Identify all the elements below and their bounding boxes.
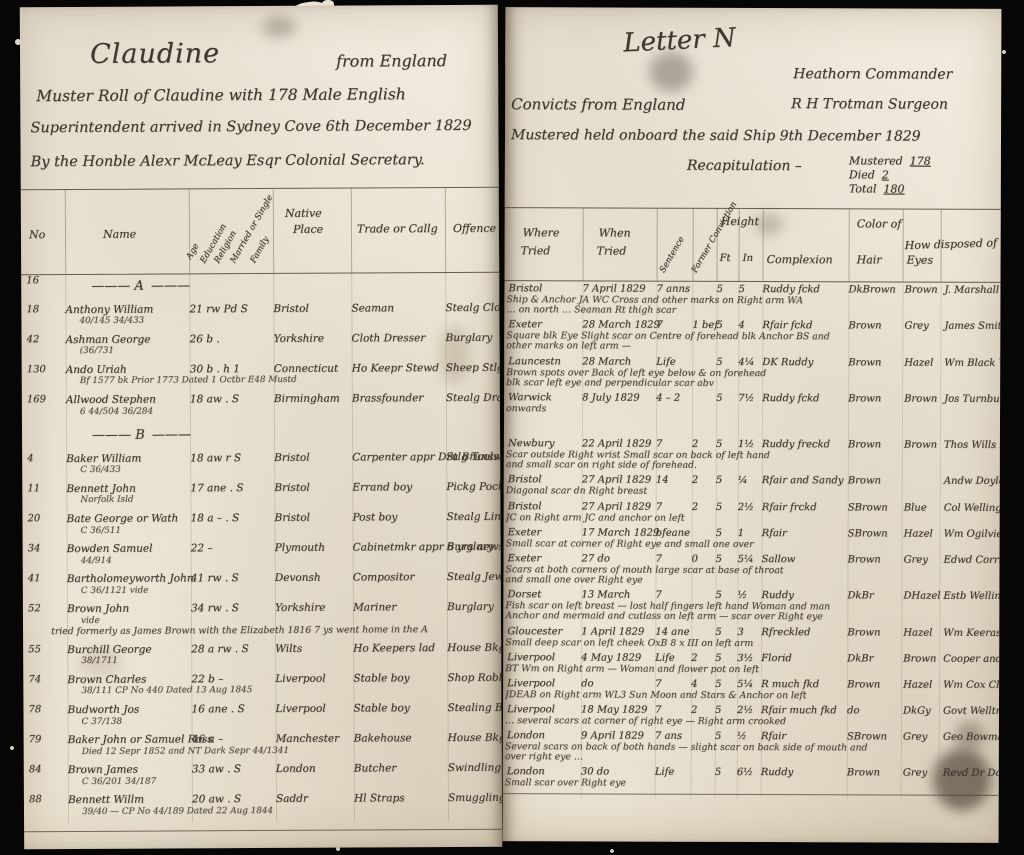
convict-name: Bennett John [66, 482, 190, 495]
trade: Errand boy [352, 481, 446, 494]
row-note: onwards [506, 403, 1000, 416]
table-row: Gloucester 1 April 1829 14 ane 5 3 Rfrec… [503, 626, 999, 650]
native-place: Wilts [275, 642, 353, 655]
table-row: 4 Baker WilliamC 36/433 18 aw r S Bristo… [22, 450, 500, 476]
offence: House Bkg [447, 641, 502, 654]
row-name-cell: Bennett Willm39/40 — CP No 44/189 Dated … [68, 794, 192, 818]
column-header-where2: Tried [521, 244, 551, 257]
table-row: 20 Bate George or WathC 36/511 18 a – . … [22, 511, 500, 537]
convict-name: Baker William [66, 452, 190, 465]
reference-number: (36/731 [80, 346, 190, 357]
row-number: 42 [22, 334, 66, 346]
table-row: Launcestn 28 March Life 5 4¼ DK Ruddy Br… [504, 356, 1000, 390]
reference-number: C 37/138 [82, 716, 192, 727]
recap-value: 178 [910, 155, 931, 168]
left-table-header: No Name Age Education Religion Married o… [21, 187, 499, 276]
table-row: 130 Ando UriahBf 1577 bk Prior 1773 Date… [22, 362, 500, 388]
table-row: London 30 do Life 5 6½ Ruddy Brown Grey … [503, 767, 999, 791]
offence: Stlg Tools [446, 450, 500, 463]
column-header-color-of: Color of [857, 217, 902, 230]
table-row: 84 Brown JamesC 36/201 34/187 33 aw . S … [24, 762, 502, 788]
offence: Sheep Stlg [446, 362, 502, 375]
reference-number: 39/40 — CP No 44/189 Dated 22 Aug 1844 [82, 806, 192, 817]
age-marks: 18 a – . S [190, 512, 274, 525]
page-rule [24, 829, 502, 833]
row-number: 78 [23, 704, 67, 716]
table-row: 41 Bartholomeyworth JohnC 36/1121 vide 4… [23, 571, 501, 597]
age-marks: 28 a rw . S [191, 643, 275, 656]
row-note-2: and small scar on right side of forehead… [506, 459, 1001, 472]
table-row: 18 Anthony William40/145 34/433 21 rw Pd… [21, 301, 499, 327]
age-marks: 22 – [191, 542, 275, 555]
row-note: JDEAB on Right arm WL3 Sun Moon and Star… [505, 689, 1000, 702]
offence: Smuggling [448, 792, 502, 805]
offence: Stealing Butter [447, 702, 502, 715]
right-page: Letter N Heathorn Commander Convicts fro… [503, 7, 1002, 843]
offence: Stealg Drapy &c [446, 392, 502, 405]
age-marks: 18 aw . S [190, 393, 274, 406]
trade: Post boy [352, 511, 446, 524]
trade: Brassfounder [352, 392, 446, 405]
row-note-2: Anchor and mermaid and cutlass on left a… [505, 610, 1000, 623]
offence: Shop Robby [447, 672, 502, 685]
native-place: Bristol [274, 512, 352, 525]
column-header-former-conviction: Former Conviction [690, 200, 739, 275]
native-place: Yorkshire [274, 332, 352, 345]
table-row: Warwick 8 July 1829 4 – 2 5 7½ Ruddy fck… [504, 392, 1000, 416]
recap-item: Total 180 [849, 182, 931, 196]
offence: Swindling [448, 762, 502, 775]
age-marks: 46 a – [192, 733, 276, 746]
convict-name: Bowden Samuel [67, 543, 191, 556]
trade: Seaman [351, 302, 445, 315]
row-number: 74 [23, 674, 67, 686]
table-row: Liverpool 18 May 1829 7 2 5 2½ Rfair muc… [503, 704, 999, 728]
native-place: Bristol [274, 451, 352, 464]
row-number: 34 [23, 543, 67, 555]
row-name-cell: Bowden Samuel44/914 [67, 543, 191, 567]
recap-value: 2 [882, 168, 889, 181]
age-marks: 20 aw . S [192, 793, 276, 806]
convict-name: Bartholomeyworth John [67, 573, 191, 586]
mustered-line: Mustered held onboard the said Ship 9th … [511, 127, 921, 144]
age-marks: 16 ane . S [191, 703, 275, 716]
offence: Burglary [446, 331, 500, 344]
age-marks: 22 b – [191, 673, 275, 686]
age-marks: 34 rw . S [191, 602, 275, 615]
native-place: Liverpool [275, 672, 353, 685]
trade: Butcher [354, 762, 448, 775]
row-name-cell: B [66, 424, 190, 446]
left-page: Claudine from England Muster Roll of Cla… [20, 5, 502, 849]
table-row: 11 Bennett JohnNorfolk Isld 17 ane . S B… [22, 481, 500, 507]
row-name-cell: Bennett JohnNorfolk Isld [66, 482, 190, 506]
row-number: 84 [24, 764, 68, 776]
letter-title: Letter N [623, 23, 737, 58]
recap-value: 180 [883, 182, 904, 195]
trade: Hl Straps [354, 792, 448, 805]
convict-name: Ashman George [66, 333, 190, 346]
row-name-cell: Anthony William40/145 34/433 [65, 303, 189, 327]
column-header-place: Place [293, 223, 323, 236]
reference-number: Norfolk Isld [80, 495, 190, 506]
section-letter: B [92, 428, 190, 444]
reference-number: 40/145 34/433 [79, 316, 189, 327]
age-marks: 18 aw r S [190, 452, 274, 465]
column-header-name: Name [103, 228, 136, 241]
reference-number: 6 44/504 36/284 [80, 406, 190, 417]
table-row: Exeter 28 March 1829 7 1 bef 5 4 Rfair f… [504, 319, 1000, 353]
column-header-in: In [743, 253, 753, 264]
native-place: Manchester [276, 733, 354, 746]
row-number: 55 [23, 644, 67, 656]
column-header-height: Height [721, 215, 759, 228]
row-number: 11 [22, 483, 66, 495]
trade: Ho Keepr Stewd [352, 362, 446, 375]
convict-name: Burchill George [67, 643, 191, 656]
ship-name: Claudine [90, 38, 220, 70]
row-note-2: over right eye … [505, 751, 1001, 764]
column-header-disposed: How disposed of [904, 236, 997, 252]
native-place: Yorkshire [275, 602, 353, 615]
row-number: 4 [22, 453, 66, 465]
row-note: BT Wm on Right arm — Woman and flower po… [505, 663, 1000, 676]
arrival-line: Superintendent arrived in Sydney Cove 6t… [30, 118, 471, 136]
convict-name: Bate George or Wath [66, 512, 190, 525]
offence: House Bkg [448, 732, 502, 745]
row-note-2: blk scar left eye and perpendicular scar… [506, 377, 1000, 390]
reference-number: C 36/1121 vide [81, 585, 191, 596]
row-name-cell: Bate George or WathC 36/511 [66, 512, 190, 536]
origin-note: from England [336, 51, 447, 71]
recapitulation-values: Mustered 178Died 2Total 180 [849, 154, 931, 196]
right-table-header: Where Tried When Tried Sentence Former C… [505, 207, 1001, 283]
offence: Burglary [447, 541, 501, 554]
column-header-sentence: Sentence [658, 235, 687, 275]
secretary-line: By the Honble Alexr McLeay Esqr Colonial… [31, 152, 425, 170]
row-number: 41 [23, 573, 67, 585]
table-row: London 9 April 1829 7 ans 5 ½ Rfair SBro… [503, 730, 999, 764]
table-row: B [22, 422, 500, 446]
offence: Stealg Clothes [445, 301, 502, 314]
column-header-family: Family [248, 235, 271, 265]
column-header-where: Where [523, 226, 560, 239]
column-header-hair: Hair [857, 253, 882, 266]
row-name-cell: Ando UriahBf 1577 bk Prior 1773 Dated 1 … [66, 363, 190, 387]
native-place: Plymouth [275, 542, 353, 555]
convict-name: Budworth Jos [67, 703, 191, 716]
table-row: 78 Budworth JosC 37/138 16 ane . S Liver… [23, 702, 501, 728]
muster-roll-line: Muster Roll of Claudine with 178 Male En… [36, 85, 406, 105]
table-row: 55 Burchill George38/1711 28 a rw . S Wi… [23, 641, 501, 667]
convict-name: Bennett Willm [68, 794, 192, 807]
offence: Stealg Jewels [447, 571, 502, 584]
row-name-cell: Bartholomeyworth JohnC 36/1121 vide [67, 573, 191, 597]
column-header-when: When [599, 226, 631, 239]
column-header-trade: Trade or Callg [357, 222, 438, 235]
reference-number: 38/1711 [81, 656, 191, 667]
table-row: 34 Bowden Samuel44/914 22 – Plymouth Cab… [23, 541, 501, 567]
row-name-cell: Ashman George(36/731 [66, 333, 190, 357]
table-row: 52 Brown Johnvide 34 rw . S Yorkshire Ma… [23, 601, 501, 637]
convict-name: Brown John [67, 603, 191, 616]
trade: Cabinetmkr appr 6 yrs news Labr [353, 541, 447, 554]
surgeon-line: R H Trotman Surgeon [791, 96, 948, 113]
table-row: Exeter 17 March 1829 bfeane 5 1 Rfair SB… [504, 527, 1000, 551]
trade: Ho Keepers lad [353, 642, 447, 655]
commander-line: Heathorn Commander [793, 66, 952, 83]
reference-number: Bf 1577 bk Prior 1773 Dated 1 Octbr E48 … [80, 376, 190, 387]
native-place: Bristol [274, 481, 352, 494]
trade: Compositor [353, 571, 447, 584]
right-table-rows: Bristol 7 April 1829 7 anns 5 5 Ruddy fc… [503, 283, 1001, 799]
row-name-cell: Brown Johnvide [67, 603, 191, 627]
row-name-cell: Budworth JosC 37/138 [67, 703, 191, 727]
trade: Carpenter appr Dru Brunswick [352, 451, 446, 464]
age-marks: 41 rw . S [191, 572, 275, 585]
row-name-cell: Baker John or Samuel RossDied 12 Sepr 18… [68, 734, 192, 758]
native-place: Bristol [273, 302, 351, 315]
native-place: Connecticut [274, 362, 352, 375]
offence: Stealg Linen [446, 511, 502, 524]
column-header-no: No [29, 228, 45, 241]
reference-number: 38/111 CP No 440 Dated 13 Aug 1845 [81, 686, 191, 697]
convict-name: Brown James [68, 764, 192, 777]
convict-name: Baker John or Samuel Ross [68, 734, 192, 747]
native-place: Liverpool [275, 703, 353, 716]
recap-key: Died [849, 168, 875, 181]
reference-number: C 36/201 34/187 [82, 776, 192, 787]
table-row: Bristol 27 April 1829 7 2 5 2½ Rfair frc… [504, 501, 1000, 525]
trade: Bakehouse [354, 732, 448, 745]
row-note-2: and small one over Right eye [505, 574, 1000, 587]
age-marks: 26 b . [190, 333, 274, 346]
left-table-rows: 16 A 18 Anthony William40/145 34/433 21 … [21, 273, 502, 823]
age-marks: 30 b . h 1 [190, 363, 274, 376]
reference-number: C 36/433 [80, 465, 190, 476]
table-row: 16 A [21, 273, 499, 297]
table-row: 74 Brown Charles38/111 CP No 440 Dated 1… [23, 672, 501, 698]
row-note: tried formerly as James Brown with the E… [51, 623, 501, 637]
row-name-cell: Baker WilliamC 36/433 [66, 452, 190, 476]
row-number: 18 [21, 304, 65, 316]
native-place: London [276, 763, 354, 776]
convict-name: Allwood Stephen [66, 393, 190, 406]
convicts-line: Convicts from England [511, 95, 685, 114]
table-row: Liverpool 4 May 1829 Life 2 5 3½ Florid … [503, 652, 999, 676]
row-name-cell: A [65, 274, 189, 296]
trade: Stable boy [353, 702, 447, 715]
row-name-cell: Brown Charles38/111 CP No 440 Dated 13 A… [67, 673, 191, 697]
row-number: 20 [22, 513, 66, 525]
table-row: Bristol 27 April 1829 14 2 5 ¼ Rfair and… [504, 475, 1000, 499]
row-number: 130 [22, 364, 66, 376]
row-note: Small scar at corner of Right eye and sm… [506, 538, 1001, 551]
table-row: 42 Ashman George(36/731 26 b . Yorkshire… [22, 331, 500, 357]
table-row: 169 Allwood Stephen6 44/504 36/284 18 aw… [22, 392, 500, 418]
column-header-offence: Offence [453, 222, 496, 235]
column-header-complexion: Complexion [767, 253, 833, 266]
table-row: Liverpool do 7 4 5 5¼ R much fkd Brown H… [503, 678, 999, 702]
table-row: 88 Bennett Willm39/40 — CP No 44/189 Dat… [24, 792, 502, 818]
row-number: 79 [24, 734, 68, 746]
recap-key: Mustered [849, 154, 903, 167]
reference-number: C 36/511 [81, 525, 191, 536]
row-note-2: other marks on left arm — [506, 341, 1000, 354]
column-header-eyes: Eyes [907, 254, 933, 267]
row-number: 169 [22, 394, 66, 406]
table-row: 79 Baker John or Samuel RossDied 12 Sepr… [24, 732, 502, 758]
offence: Pickg Pockets [446, 481, 502, 494]
reference-number: 44/914 [81, 555, 191, 566]
recapitulation-label: Recapitulation – [687, 158, 802, 174]
column-header-ft: Ft [720, 253, 731, 264]
row-note: … several scars at corner of right eye —… [505, 715, 1001, 728]
reference-number: Died 12 Sepr 1852 and NT Dark Sepr 44/13… [82, 746, 192, 757]
trade: Cloth Dresser [352, 332, 446, 345]
row-note: JC on Right arm JC and anchor on left [506, 512, 1001, 525]
native-place: Birmingham [274, 393, 352, 406]
native-place: Devonsh [275, 572, 353, 585]
trade: Mariner [353, 601, 447, 614]
age-marks: 17 ane . S [190, 482, 274, 495]
ink-stain [262, 16, 296, 38]
row-name-cell: Allwood Stephen6 44/504 36/284 [66, 393, 190, 417]
row-number: 52 [23, 603, 67, 615]
age-marks: 21 rw Pd S [189, 303, 273, 316]
row-note: Small deep scar on left cheek OxB 8 x II… [505, 637, 1000, 650]
recap-item: Died 2 [849, 168, 931, 182]
row-number: 88 [24, 794, 68, 806]
table-row: Bristol 7 April 1829 7 anns 5 5 Ruddy fc… [504, 283, 1000, 317]
section-letter: A [91, 278, 189, 294]
table-row: Exeter 27 do 7 0 5 5¼ Sallow Brown Grey … [503, 553, 999, 587]
recap-key: Total [849, 182, 877, 195]
trade: Stable boy [353, 672, 447, 685]
row-number: 16 [21, 275, 65, 287]
row-note: Small scar over Right eye [505, 778, 1001, 791]
convict-name: Anthony William [65, 303, 189, 316]
recap-item: Mustered 178 [849, 154, 931, 168]
table-row: Dorset 13 March 7 5 ½ Ruddy DkBr DHazel … [503, 589, 999, 623]
ink-stain [649, 52, 693, 92]
offence: Burglary [447, 601, 501, 614]
row-note-2: … on north … Seaman Rt thigh scar [506, 304, 1000, 317]
native-place: Saddr [276, 793, 354, 806]
row-note: Diagonal scar dn Right breast [506, 486, 1001, 499]
row-name-cell: Burchill George38/1711 [67, 643, 191, 667]
age-marks: 33 aw . S [192, 763, 276, 776]
row-name-cell: Brown JamesC 36/201 34/187 [68, 764, 192, 788]
column-header-native: Native [285, 207, 322, 220]
column-header-when2: Tried [597, 244, 627, 257]
table-row: Newbury 22 April 1829 7 2 5 1½ Ruddy fre… [504, 438, 1000, 472]
scanned-document: Claudine from England Muster Roll of Cla… [0, 0, 1024, 855]
